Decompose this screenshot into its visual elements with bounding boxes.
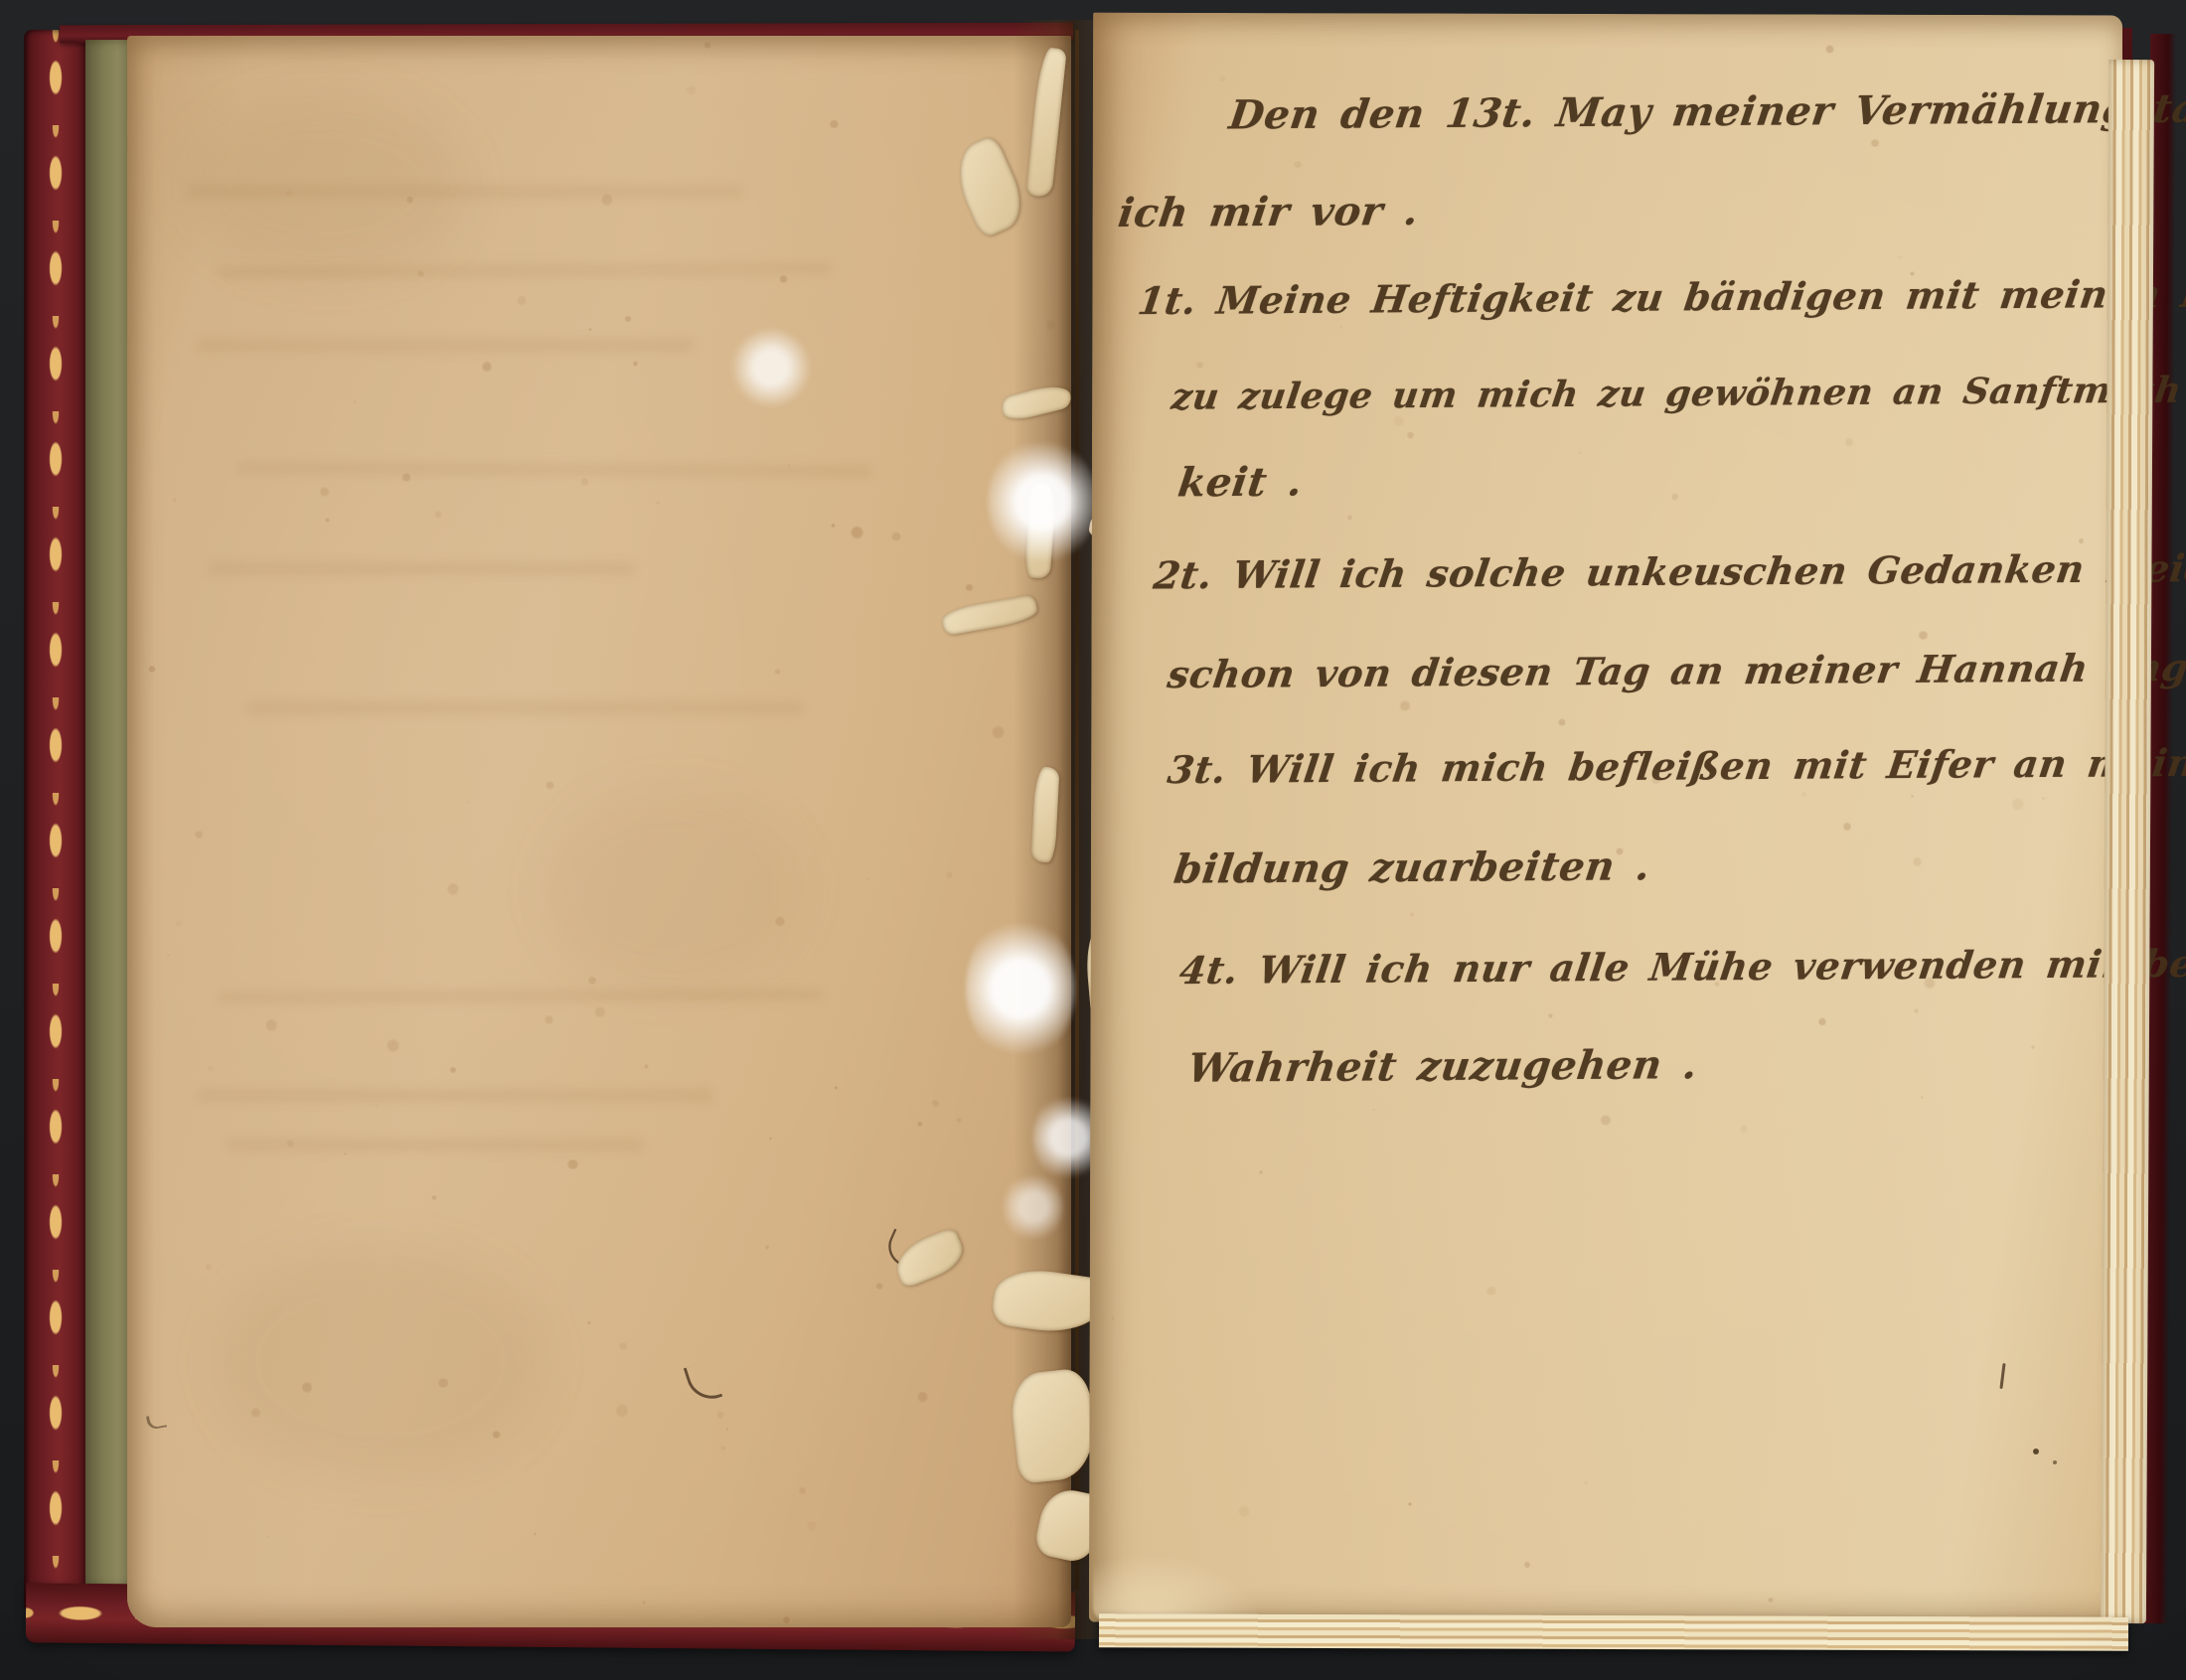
ink-dot-mark-2 xyxy=(2053,1460,2057,1464)
foxing-spots-left xyxy=(127,36,1071,1627)
photograph-of-open-diary: Den den 13t. May meiner Vermählungstage … xyxy=(0,0,2186,1680)
left-page-blank xyxy=(127,36,1071,1627)
binding-seam xyxy=(1075,30,1079,1590)
page-stack-bottom-edge xyxy=(1099,1613,2128,1651)
white-repair-patch xyxy=(1004,1172,1063,1242)
white-repair-patch xyxy=(731,328,811,407)
page-stack-fore-edge xyxy=(2101,60,2154,1623)
white-repair-patch xyxy=(966,914,1075,1063)
ink-dot-mark xyxy=(2033,1449,2039,1454)
foxing-spots-right xyxy=(1103,20,2107,1609)
white-repair-patch xyxy=(988,437,1097,566)
left-cover-gilt-border xyxy=(24,30,87,1611)
